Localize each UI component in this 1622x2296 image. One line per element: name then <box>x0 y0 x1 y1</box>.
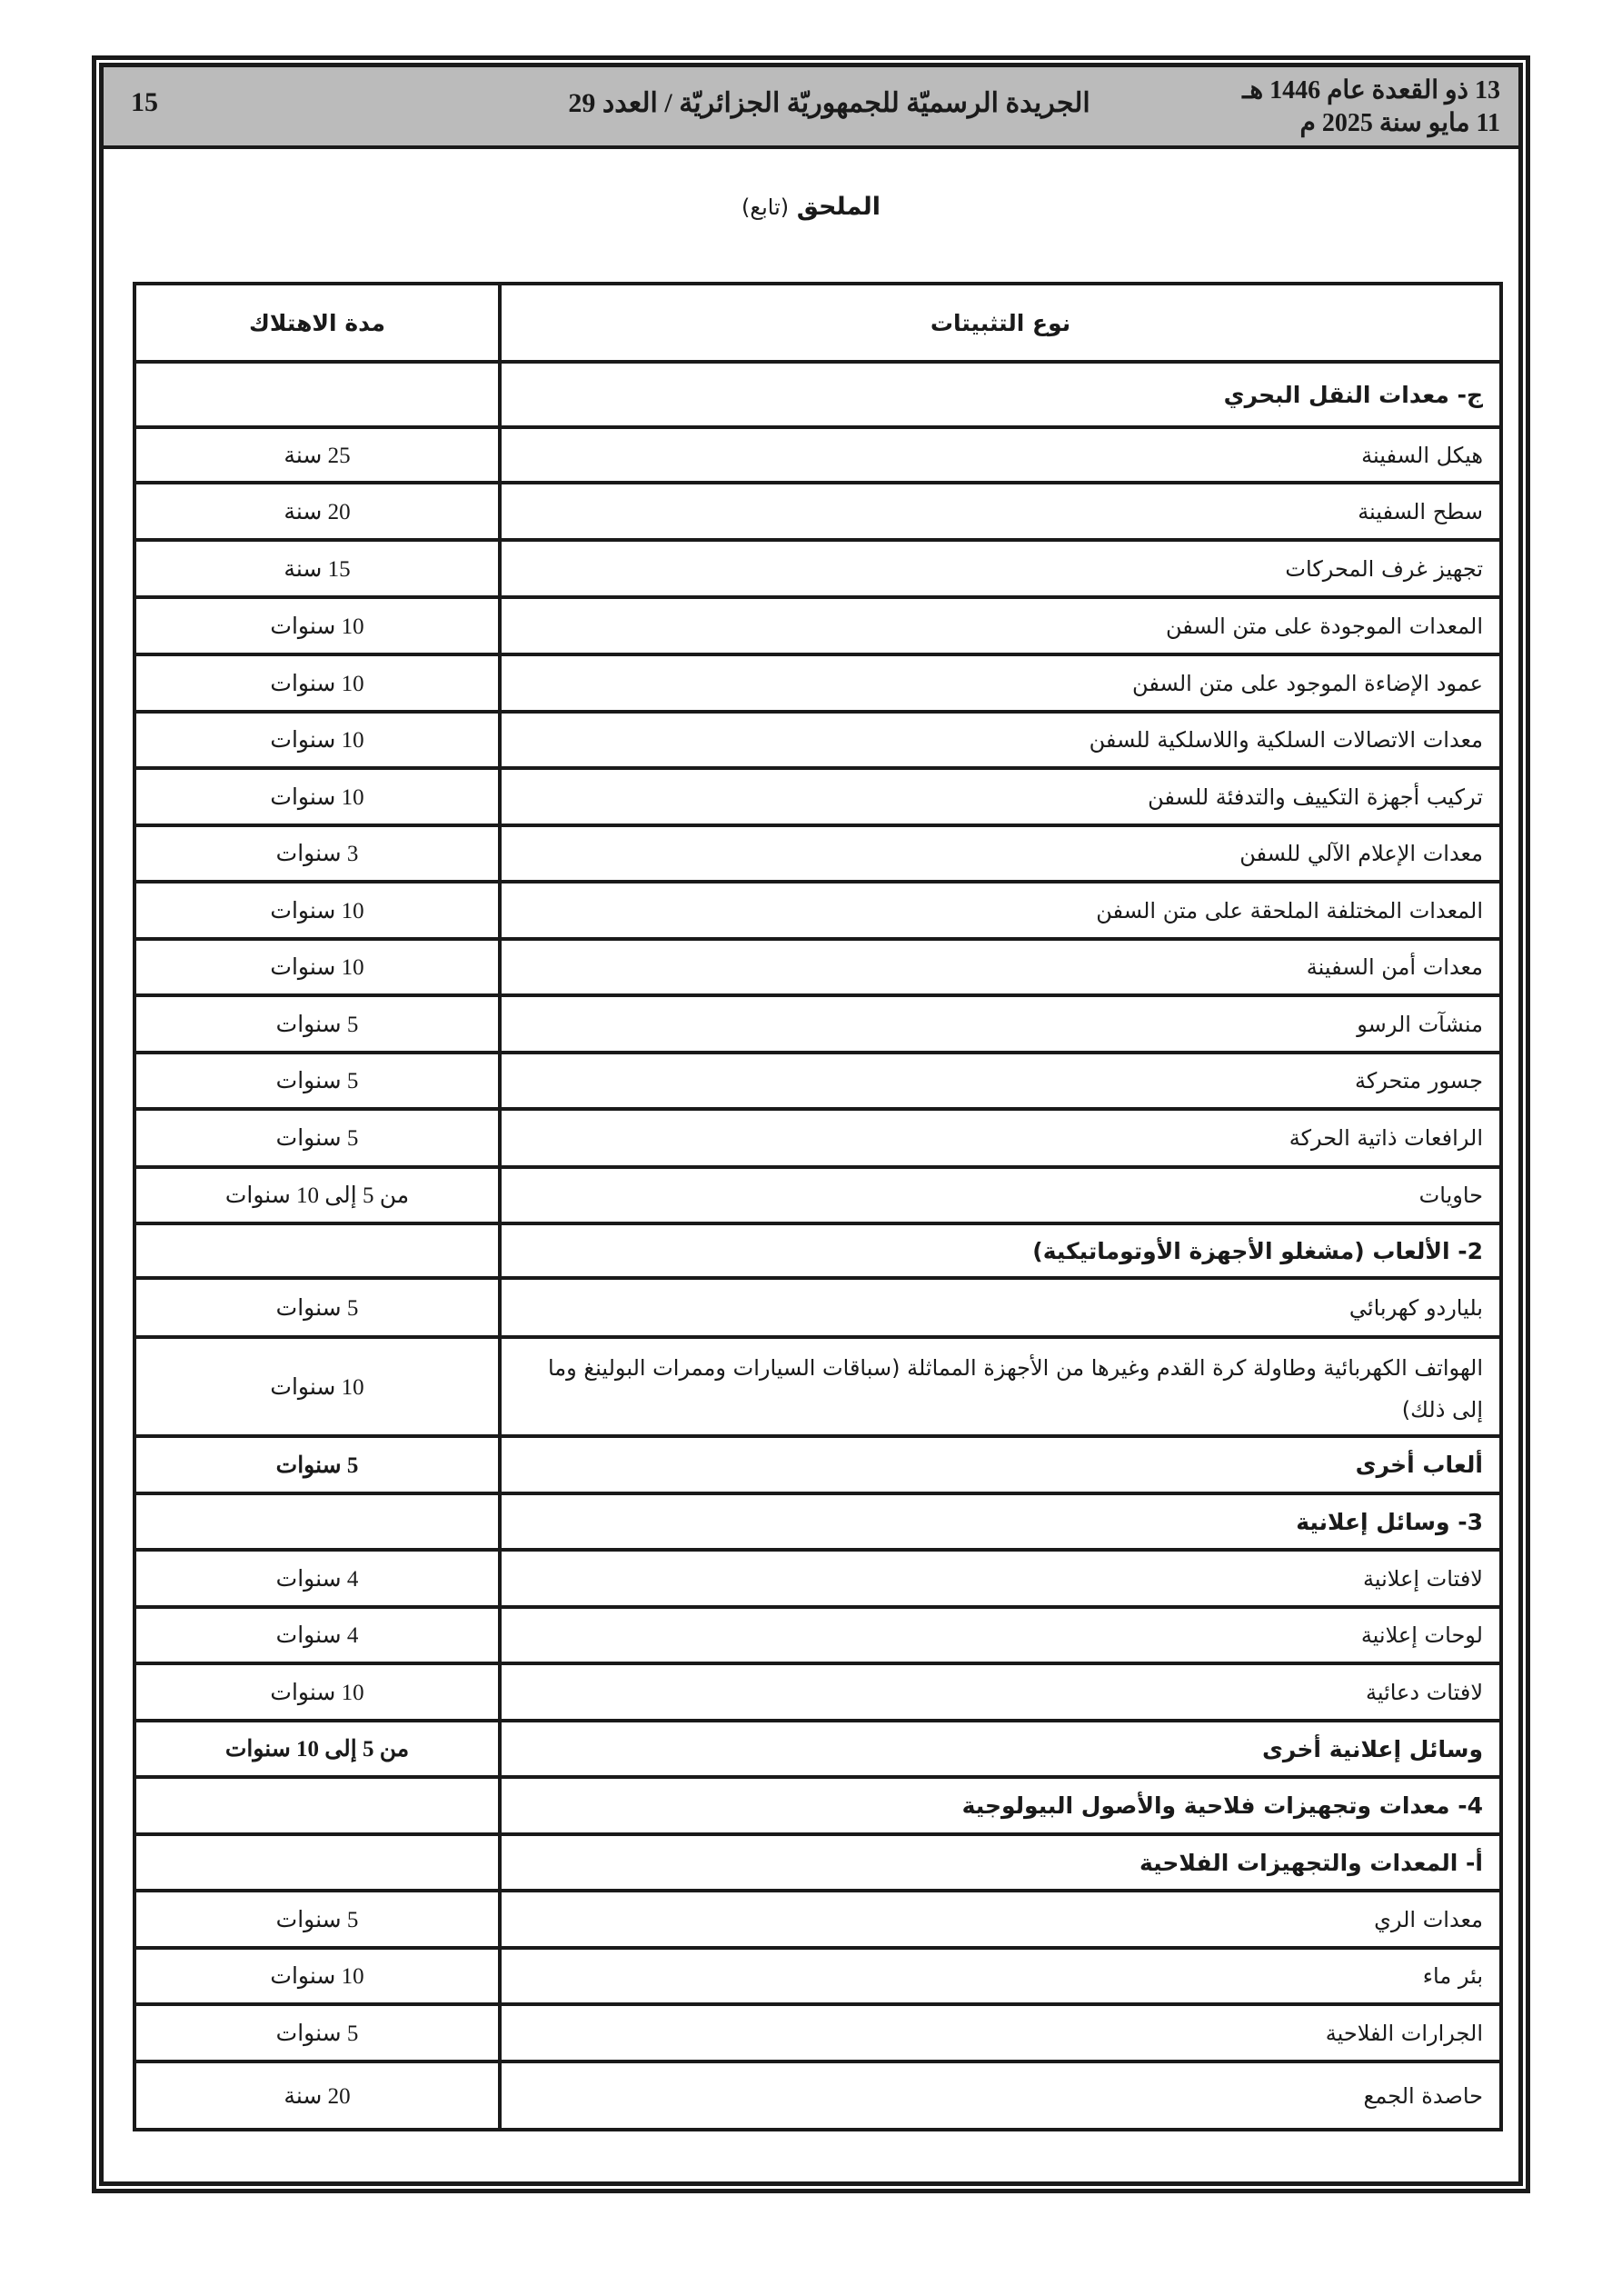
asset-type-cell: المعدات الموجودة على متن السفن <box>500 597 1501 654</box>
depreciation-period-cell: 10 سنوات <box>134 1663 500 1721</box>
depreciation-period-cell: 5 سنوات <box>134 1436 500 1493</box>
asset-type-cell: هيكل السفينة <box>500 427 1501 483</box>
asset-type-cell: وسائل إعلانية أخرى <box>500 1721 1501 1777</box>
table-row: عمود الإضاءة الموجود على متن السفن10 سنو… <box>134 654 1501 712</box>
table-section-row: 3- وسائل إعلانية <box>134 1493 1501 1550</box>
asset-type-cell: 2- الألعاب (مشغلو الأجهزة الأوتوماتيكية) <box>500 1223 1501 1278</box>
table-row: لافتات إعلانية4 سنوات <box>134 1550 1501 1607</box>
asset-type-cell: معدات الإعلام الآلي للسفن <box>500 825 1501 882</box>
asset-type-cell: الهواتف الكهربائية وطاولة كرة القدم وغير… <box>500 1337 1501 1436</box>
asset-type-cell: معدات أمن السفينة <box>500 939 1501 995</box>
asset-type-cell: لوحات إعلانية <box>500 1607 1501 1663</box>
asset-type-cell: أ- المعدات والتجهيزات الفلاحية <box>500 1834 1501 1891</box>
table-row: الهواتف الكهربائية وطاولة كرة القدم وغير… <box>134 1337 1501 1436</box>
depreciation-period-cell: 10 سنوات <box>134 939 500 995</box>
table-row: المعدات المختلفة الملحقة على متن السفن10… <box>134 882 1501 939</box>
table-row: بلياردو كهربائي5 سنوات <box>134 1278 1501 1337</box>
asset-type-cell: معدات الري <box>500 1891 1501 1948</box>
table-row: لافتات دعائية10 سنوات <box>134 1663 1501 1721</box>
depreciation-period-cell: 3 سنوات <box>134 825 500 882</box>
depreciation-period-cell: 5 سنوات <box>134 1278 500 1337</box>
annex-title-label: الملحق <box>797 193 881 221</box>
table-row: حاوياتمن 5 إلى 10 سنوات <box>134 1167 1501 1223</box>
date-hijri: 13 ذو القعدة عام 1446 هـ <box>1242 75 1500 107</box>
depreciation-period-cell <box>134 1223 500 1278</box>
depreciation-period-cell: 20 سنة <box>134 2061 500 2130</box>
depreciation-period-cell: 10 سنوات <box>134 712 500 768</box>
table-row: حاصدة الجمع20 سنة <box>134 2061 1501 2130</box>
asset-type-cell: حاصدة الجمع <box>500 2061 1501 2130</box>
depreciation-period-cell: من 5 إلى 10 سنوات <box>134 1721 500 1777</box>
asset-type-cell: معدات الاتصالات السلكية واللاسلكية للسفن <box>500 712 1501 768</box>
table-row: المعدات الموجودة على متن السفن10 سنوات <box>134 597 1501 654</box>
depreciation-period-cell: 10 سنوات <box>134 654 500 712</box>
asset-type-cell: سطح السفينة <box>500 483 1501 540</box>
depreciation-period-cell: 5 سنوات <box>134 2004 500 2061</box>
table-row: تركيب أجهزة التكييف والتدفئة للسفن10 سنو… <box>134 768 1501 825</box>
asset-type-cell: بئر ماء <box>500 1948 1501 2004</box>
asset-type-cell: 3- وسائل إعلانية <box>500 1493 1501 1550</box>
column-header-depreciation-period: مدة الاهتلاك <box>134 284 500 362</box>
annex-title: الملحق (تابع) <box>0 193 1622 221</box>
asset-type-cell: المعدات المختلفة الملحقة على متن السفن <box>500 882 1501 939</box>
asset-type-cell: حاويات <box>500 1167 1501 1223</box>
page-header: 15 الجريدة الرسميّة للجمهوريّة الجزائريّ… <box>104 67 1518 149</box>
asset-type-cell: بلياردو كهربائي <box>500 1278 1501 1337</box>
table-header-row: نوع التثبيتات مدة الاهتلاك <box>134 284 1501 362</box>
depreciation-period-cell: 20 سنة <box>134 483 500 540</box>
asset-type-cell: 4- معدات وتجهيزات فلاحية والأصول البيولو… <box>500 1777 1501 1834</box>
asset-type-cell: تجهيز غرف المحركات <box>500 540 1501 597</box>
table-row: منشآت الرسو5 سنوات <box>134 995 1501 1053</box>
depreciation-period-cell: 10 سنوات <box>134 1948 500 2004</box>
depreciation-period-cell: 5 سنوات <box>134 1053 500 1109</box>
depreciation-period-cell: 4 سنوات <box>134 1607 500 1663</box>
table-row: ألعاب أخرى5 سنوات <box>134 1436 1501 1493</box>
table-row: بئر ماء10 سنوات <box>134 1948 1501 2004</box>
depreciation-period-cell: 10 سنوات <box>134 1337 500 1436</box>
depreciation-period-cell: 4 سنوات <box>134 1550 500 1607</box>
asset-type-cell: عمود الإضاءة الموجود على متن السفن <box>500 654 1501 712</box>
asset-type-cell: لافتات دعائية <box>500 1663 1501 1721</box>
depreciation-period-cell <box>134 1834 500 1891</box>
depreciation-period-cell: 15 سنة <box>134 540 500 597</box>
depreciation-period-cell <box>134 1493 500 1550</box>
table-section-row: أ- المعدات والتجهيزات الفلاحية <box>134 1834 1501 1891</box>
asset-type-cell: تركيب أجهزة التكييف والتدفئة للسفن <box>500 768 1501 825</box>
table-section-row: 4- معدات وتجهيزات فلاحية والأصول البيولو… <box>134 1777 1501 1834</box>
table-row: لوحات إعلانية4 سنوات <box>134 1607 1501 1663</box>
depreciation-period-cell: 5 سنوات <box>134 1891 500 1948</box>
date-gregorian: 11 مايو سنة 2025 م <box>1242 107 1500 140</box>
depreciation-period-cell: 10 سنوات <box>134 768 500 825</box>
table-row: جسور متحركة5 سنوات <box>134 1053 1501 1109</box>
asset-type-cell: الجرارات الفلاحية <box>500 2004 1501 2061</box>
table-row: معدات الاتصالات السلكية واللاسلكية للسفن… <box>134 712 1501 768</box>
depreciation-period-cell: 5 سنوات <box>134 1109 500 1167</box>
depreciation-period-cell: 25 سنة <box>134 427 500 483</box>
depreciation-period-cell: 10 سنوات <box>134 882 500 939</box>
table-body: ج- معدات النقل البحريهيكل السفينة25 سنةس… <box>134 362 1501 2130</box>
column-header-asset-type: نوع التثبيتات <box>500 284 1501 362</box>
asset-type-cell: منشآت الرسو <box>500 995 1501 1053</box>
depreciation-period-cell: 5 سنوات <box>134 995 500 1053</box>
depreciation-period-cell <box>134 362 500 427</box>
table-row: تجهيز غرف المحركات15 سنة <box>134 540 1501 597</box>
table-section-row: ج- معدات النقل البحري <box>134 362 1501 427</box>
issue-date: 13 ذو القعدة عام 1446 هـ 11 مايو سنة 202… <box>1242 75 1500 140</box>
depreciation-period-cell <box>134 1777 500 1834</box>
table-row: هيكل السفينة25 سنة <box>134 427 1501 483</box>
asset-type-cell: جسور متحركة <box>500 1053 1501 1109</box>
table-row: معدات أمن السفينة10 سنوات <box>134 939 1501 995</box>
depreciation-period-cell: 10 سنوات <box>134 597 500 654</box>
table-row: الرافعات ذاتية الحركة5 سنوات <box>134 1109 1501 1167</box>
asset-type-cell: ج- معدات النقل البحري <box>500 362 1501 427</box>
depreciation-table: نوع التثبيتات مدة الاهتلاك ج- معدات النق… <box>133 282 1503 2131</box>
table-section-row: 2- الألعاب (مشغلو الأجهزة الأوتوماتيكية) <box>134 1223 1501 1278</box>
asset-type-cell: ألعاب أخرى <box>500 1436 1501 1493</box>
table-row: معدات الري5 سنوات <box>134 1891 1501 1948</box>
table-row: سطح السفينة20 سنة <box>134 483 1501 540</box>
asset-type-cell: لافتات إعلانية <box>500 1550 1501 1607</box>
depreciation-period-cell: من 5 إلى 10 سنوات <box>134 1167 500 1223</box>
table-row: معدات الإعلام الآلي للسفن3 سنوات <box>134 825 1501 882</box>
table-row: الجرارات الفلاحية5 سنوات <box>134 2004 1501 2061</box>
asset-type-cell: الرافعات ذاتية الحركة <box>500 1109 1501 1167</box>
table-row: وسائل إعلانية أخرىمن 5 إلى 10 سنوات <box>134 1721 1501 1777</box>
annex-continued-label: (تابع) <box>741 195 789 220</box>
